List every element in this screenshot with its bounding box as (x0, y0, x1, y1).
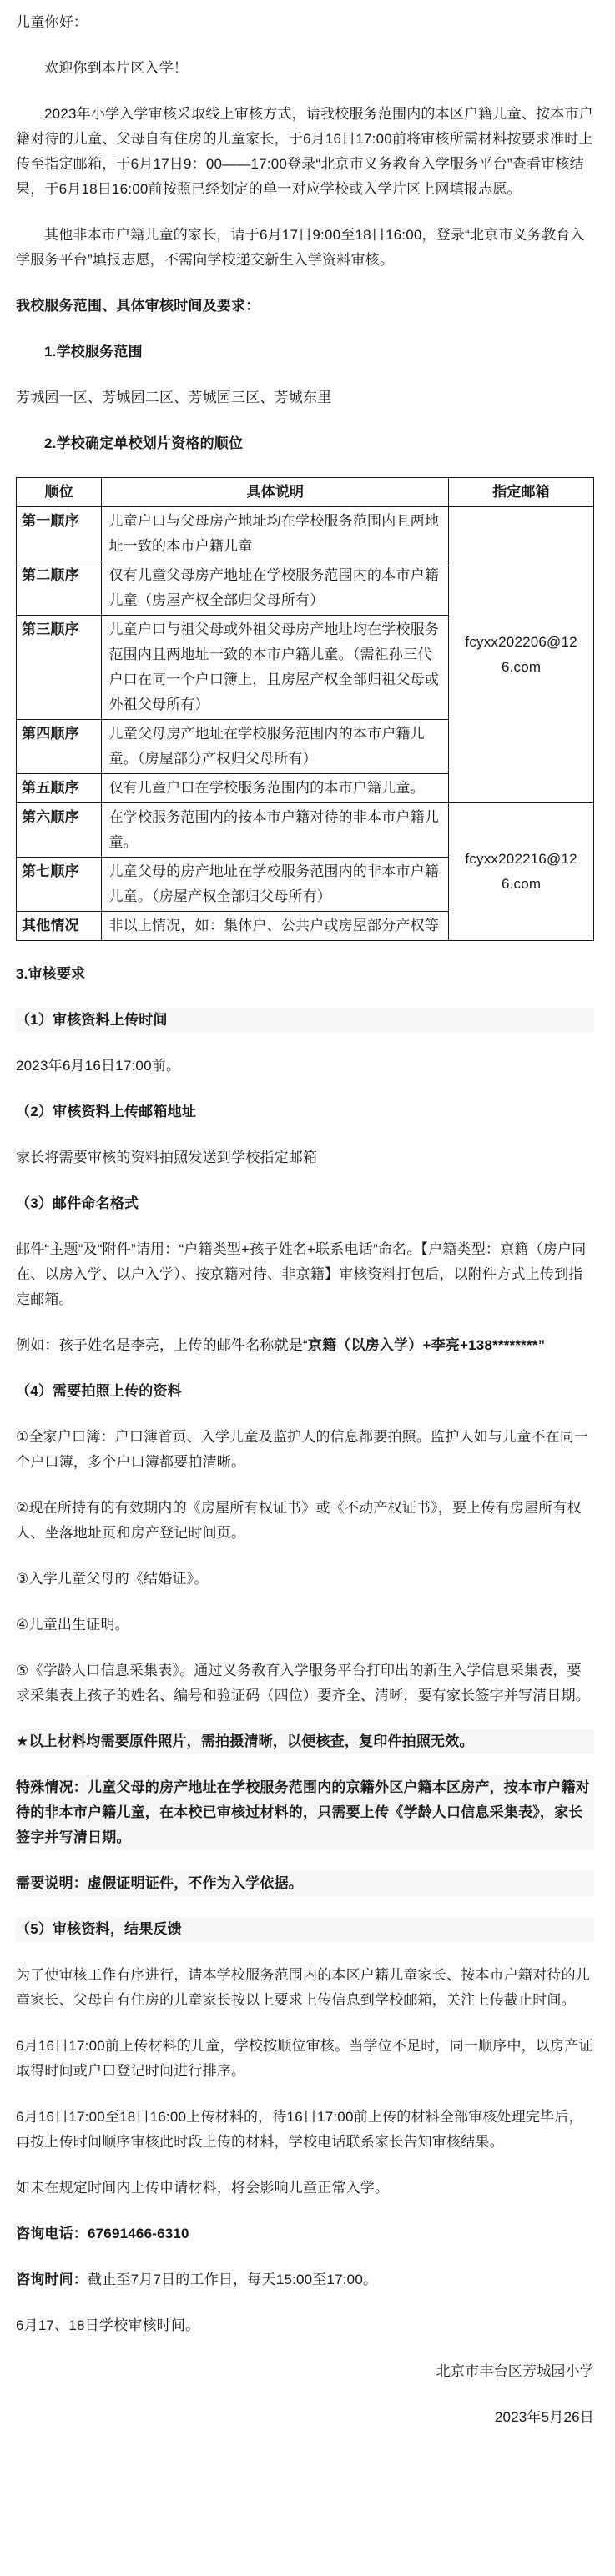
table-row: 第六顺序 在学校服务范围内的按本市户籍对待的非本市户籍儿童。 fcyxx2022… (17, 803, 594, 858)
rank-cell: 第二顺序 (17, 561, 102, 616)
feedback-paragraph-1: 为了使审核工作有序进行，请本学校服务范围内的本区户籍儿童家长、按本市户籍对待的儿… (16, 1963, 594, 2013)
time-label: 咨询时间： (16, 2272, 88, 2287)
table-header-row: 顺位 具体说明 指定邮箱 (17, 478, 594, 507)
material-item-5: ⑤《学龄人口信息采集表》。通过义务教育入学服务平台打印出的新生入学信息采集表，要… (16, 1658, 594, 1708)
item1-body: 2023年6月16日17:00前。 (16, 1054, 594, 1079)
desc-cell: 非以上情况，如：集体户、公共户或房屋部分产权等 (102, 912, 449, 941)
service-area-text: 芳城园一区、芳城园二区、芳城园三区、芳城东里 (16, 385, 594, 410)
rank-cell: 第四顺序 (17, 720, 102, 774)
rank-cell: 第七顺序 (17, 858, 102, 912)
item1-heading: （1）审核资料上传时间 (16, 1008, 594, 1033)
star-note: ★以上材料均需要原件照片，需拍摄清晰，以便核查，复印件拍照无效。 (16, 1729, 594, 1754)
desc-cell: 儿童户口与祖父母或外祖父母房产地址均在学校服务范围内且两地址一致的本市户籍儿童。… (102, 616, 449, 720)
material-item-2: ②现在所持有的有效期内的《房屋所有权证书》或《不动产权证书》，要上传有房屋所有权… (16, 1496, 594, 1546)
desc-cell: 仅有儿童父母房产地址在学校服务范围内的本市户籍儿童（房屋产权全部归父母所有） (102, 561, 449, 616)
example-bold-part: 京籍（以房入学）+李亮+138********” (308, 1337, 545, 1353)
validity-note: 需要说明：虚假证明证件，不作为入学依据。 (16, 1871, 594, 1896)
desc-cell: 儿童户口与父母房产地址均在学校服务范围内且两地址一致的本市户籍儿童 (102, 507, 449, 561)
time-value: 截止至7月7日的工作日，每天15:00至17:00。 (88, 2272, 377, 2287)
email-cell-1: fcyxx202206@126.com (449, 507, 594, 803)
document-page: 儿童你好： 欢迎你到本片区入学！ 2023年小学入学审核采取线上审核方式，请我校… (0, 0, 615, 2430)
material-item-1: ①全家户口簿：户口簿首页、入学儿童及监护人的信息都要拍照。监护人如与儿童不在同一… (16, 1425, 594, 1475)
phone-number: 67691466-6310 (88, 2226, 189, 2241)
sub3-heading: 3.审核要求 (16, 962, 594, 987)
sub1-heading: 1.学校服务范围 (16, 340, 594, 365)
document-date: 2023年5月26日 (16, 2405, 594, 2430)
requirements-heading: 我校服务范围、具体审核时间及要求： (16, 294, 594, 319)
item4-heading: （4）需要拍照上传的资料 (16, 1379, 594, 1404)
item2-body: 家长将需要审核的资料拍照发送到学校指定邮箱 (16, 1145, 594, 1170)
table-header-email: 指定邮箱 (449, 478, 594, 507)
desc-cell: 仅有儿童户口在学校服务范围内的本市户籍儿童。 (102, 774, 449, 803)
naming-example: 例如：孩子姓名是李亮，上传的邮件名称就是“京籍（以房入学）+李亮+138****… (16, 1333, 594, 1358)
intro-paragraph-2: 其他非本市户籍儿童的家长，请于6月17日9:00至18日16:00，登录“北京市… (16, 223, 594, 273)
salutation: 儿童你好： (16, 10, 594, 35)
school-name: 北京市丰台区芳城园小学 (16, 2359, 594, 2384)
material-item-3: ③入学儿童父母的《结婚证》。 (16, 1567, 594, 1592)
special-case-note: 特殊情况：儿童父母的房产地址在学校服务范围内的京籍外区户籍本区房产，按本市户籍对… (16, 1775, 594, 1850)
welcome-text: 欢迎你到本片区入学！ (16, 56, 594, 81)
phone-label: 咨询电话： (16, 2226, 88, 2241)
review-days-line: 6月17、18日学校审核时间。 (16, 2313, 594, 2338)
item2-heading: （2）审核资料上传邮箱地址 (16, 1099, 594, 1124)
email-cell-2: fcyxx202216@126.com (449, 803, 594, 941)
example-prefix: 例如：孩子姓名是李亮，上传的邮件名称就是“ (16, 1337, 308, 1353)
rank-cell: 第一顺序 (17, 507, 102, 561)
rank-cell: 第六顺序 (17, 803, 102, 858)
rank-cell: 第五顺序 (17, 774, 102, 803)
feedback-paragraph-2: 6月16日17:00前上传材料的儿童，学校按顺位审核。当学位不足时，同一顺序中，… (16, 2034, 594, 2084)
table-row: 第一顺序 儿童户口与父母房产地址均在学校服务范围内且两地址一致的本市户籍儿童 f… (17, 507, 594, 561)
desc-cell: 儿童父母房产地址在学校服务范围内的本市户籍儿童。（房屋部分产权归父母所有） (102, 720, 449, 774)
feedback-paragraph-3: 6月16日17:00至18日16:00上传材料的，待16日17:00前上传的材料… (16, 2105, 594, 2155)
sub2-heading: 2.学校确定单校划片资格的顺位 (16, 431, 594, 456)
rank-cell: 第三顺序 (17, 616, 102, 720)
table-header-description: 具体说明 (102, 478, 449, 507)
desc-cell: 在学校服务范围内的按本市户籍对待的非本市户籍儿童。 (102, 803, 449, 858)
item3-heading: （3）邮件命名格式 (16, 1191, 594, 1216)
priority-table: 顺位 具体说明 指定邮箱 第一顺序 儿童户口与父母房产地址均在学校服务范围内且两… (16, 477, 594, 941)
phone-line: 咨询电话：67691466-6310 (16, 2221, 594, 2246)
feedback-paragraph-4: 如未在规定时间内上传申请材料，将会影响儿童正常入学。 (16, 2176, 594, 2201)
material-item-4: ④儿童出生证明。 (16, 1613, 594, 1638)
intro-paragraph-1: 2023年小学入学审核采取线上审核方式，请我校服务范围内的本区户籍儿童、按本市户… (16, 102, 594, 202)
rank-cell: 其他情况 (17, 912, 102, 941)
item5-heading: （5）审核资料，结果反馈 (16, 1917, 594, 1942)
time-line: 咨询时间：截止至7月7日的工作日，每天15:00至17:00。 (16, 2267, 594, 2292)
desc-cell: 儿童父母的房产地址在学校服务范围内的非本市户籍儿童。（房屋产权全部归父母所有） (102, 858, 449, 912)
item3-body: 邮件“主题”及“附件”请用：“户籍类型+孩子姓名+联系电话”命名。【户籍类型：京… (16, 1237, 594, 1312)
table-header-rank: 顺位 (17, 478, 102, 507)
